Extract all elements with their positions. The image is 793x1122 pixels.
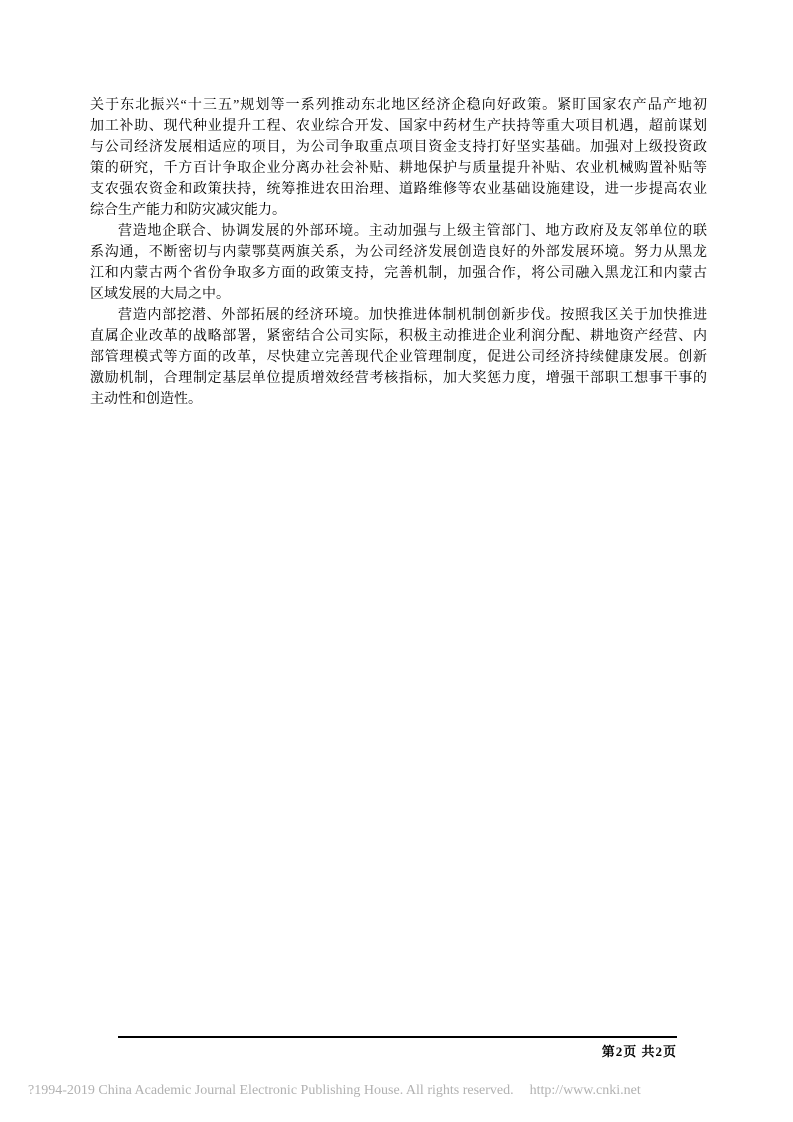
text-line: 江和内蒙古两个省份争取多方面的政策支持，完善机制，加强合作，将公司融入黑龙江和内… [90, 263, 707, 284]
text-line: 与公司经济发展相适应的项目，为公司争取重点项目资金支持打好坚实基础。加强对上级投… [90, 137, 707, 158]
footer-divider [118, 1036, 677, 1038]
text-line: 激励机制，合理制定基层单位提质增效经营考核指标，加大奖惩力度，增强干部职工想事干… [90, 368, 707, 389]
text-line: 支农强农资金和政策扶持，统筹推进农田治理、道路维修等农业基础设施建设，进一步提高… [90, 179, 707, 200]
paragraph-1: 关于东北振兴“十三五”规划等一系列推动东北地区经济企稳向好政策。紧盯国家农产品产… [90, 95, 707, 221]
document-page: 关于东北振兴“十三五”规划等一系列推动东北地区经济企稳向好政策。紧盯国家农产品产… [0, 0, 793, 1122]
article-body: 关于东北振兴“十三五”规划等一系列推动东北地区经济企稳向好政策。紧盯国家农产品产… [90, 95, 707, 410]
copyright-watermark: ?1994-2019 China Academic Journal Electr… [28, 1083, 641, 1099]
text-line: 关于东北振兴“十三五”规划等一系列推动东北地区经济企稳向好政策。紧盯国家农产品产… [90, 95, 707, 116]
text-line: 直属企业改革的战略部署，紧密结合公司实际，积极主动推进企业利润分配、耕地资产经营… [90, 326, 707, 347]
text-line: 综合生产能力和防灾减灾能力。 [90, 200, 707, 221]
text-line: 主动性和创造性。 [90, 389, 707, 410]
text-line: 策的研究，千方百计争取企业分离办社会补贴、耕地保护与质量提升补贴、农业机械购置补… [90, 158, 707, 179]
text-line: 营造内部挖潜、外部拓展的经济环境。加快推进体制机制创新步伐。按照我区关于加快推进 [90, 305, 707, 326]
page-number-indicator: 第2页 共2页 [602, 1041, 677, 1060]
text-line: 营造地企联合、协调发展的外部环境。主动加强与上级主管部门、地方政府及友邻单位的联 [90, 221, 707, 242]
text-line: 区域发展的大局之中。 [90, 284, 707, 305]
paragraph-3: 营造内部挖潜、外部拓展的经济环境。加快推进体制机制创新步伐。按照我区关于加快推进… [90, 305, 707, 410]
cnki-url-text: http://www.cnki.net [530, 1083, 641, 1098]
paragraph-2: 营造地企联合、协调发展的外部环境。主动加强与上级主管部门、地方政府及友邻单位的联… [90, 221, 707, 305]
text-line: 系沟通，不断密切与内蒙鄂莫两旗关系，为公司经济发展创造良好的外部发展环境。努力从… [90, 242, 707, 263]
copyright-text: ?1994-2019 China Academic Journal Electr… [28, 1083, 514, 1098]
text-line: 加工补助、现代种业提升工程、农业综合开发、国家中药材生产扶持等重大项目机遇，超前… [90, 116, 707, 137]
text-line: 部管理模式等方面的改革，尽快建立完善现代企业管理制度，促进公司经济持续健康发展。… [90, 347, 707, 368]
